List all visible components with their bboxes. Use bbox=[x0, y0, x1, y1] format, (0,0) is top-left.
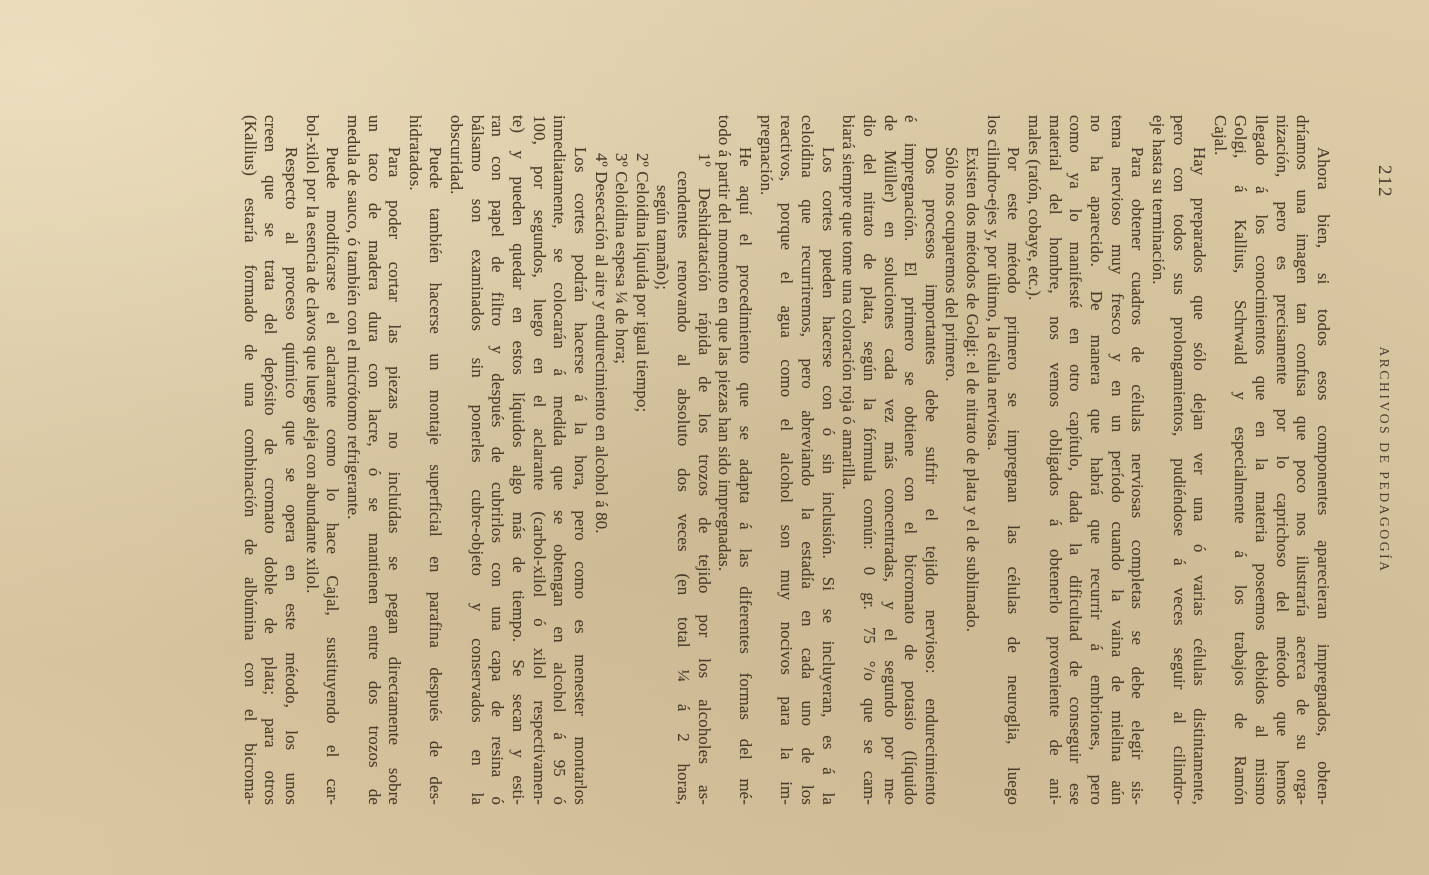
text-line: cendentes renovando al absoluto dos vece… bbox=[673, 115, 694, 805]
text-line: Ahora bien, si todos esos componentes ap… bbox=[1312, 115, 1333, 805]
text-line: Para poder cortar las piezas no incluída… bbox=[384, 115, 405, 805]
text-line: (Kallius) estaría formado de una combina… bbox=[239, 115, 260, 805]
text-line: 100, por segundos, luego en el aclarante… bbox=[528, 115, 549, 805]
page-header: 212 ARCHIVOS DE PEDAGOGÍA bbox=[1369, 115, 1395, 805]
text-line: Puede modificarse el aclarante como lo h… bbox=[322, 115, 343, 805]
text-line: Los cortes podrán hacerse á la hora, per… bbox=[569, 115, 590, 805]
scanned-document-page: 212 ARCHIVOS DE PEDAGOGÍA Ahora bien, si… bbox=[0, 0, 1429, 875]
text-line: tema nervioso muy fresco y en un período… bbox=[1106, 115, 1127, 805]
text-line: según tamaño); bbox=[652, 115, 673, 805]
text-line: medula de sauco, ó también con el micrót… bbox=[342, 115, 363, 805]
text-line: dio del nitrato de plata, según la fórmu… bbox=[858, 115, 879, 805]
text-line: de Müller) en soluciones cada vez más co… bbox=[879, 115, 900, 805]
text-line: pero con todos sus prolongamientos, pudi… bbox=[1168, 115, 1189, 805]
text-line: los cilindro-ejes y, por último, la célu… bbox=[982, 115, 1003, 805]
text-line: creen que se trata del depósito de croma… bbox=[260, 115, 281, 805]
text-line: Puede también hacerse un montaje superfi… bbox=[425, 115, 446, 805]
text-line: material del hombre, nos vemos obligados… bbox=[1044, 115, 1065, 805]
text-line: Para obtener cuadros de células nerviosa… bbox=[1127, 115, 1148, 805]
text-line: nización, pero es precisamente por lo ca… bbox=[1271, 115, 1292, 805]
text-line: Dos procesos importantes debe sufrir el … bbox=[920, 115, 941, 805]
text-line: eje hasta su terminación. bbox=[1147, 115, 1168, 805]
rotated-page: 212 ARCHIVOS DE PEDAGOGÍA Ahora bien, si… bbox=[0, 0, 1429, 875]
text-line: inmediatamente, se colocarán á medida qu… bbox=[549, 115, 570, 805]
text-line: é impregnación. El primero se obtiene co… bbox=[900, 115, 921, 805]
text-line: Golgi, á Kallius, Schrwald y especialmen… bbox=[1230, 115, 1251, 805]
text-line: bálsamo son examinados sin ponerles cubr… bbox=[466, 115, 487, 805]
text-line: 1º Deshidratación rápida de los trozos d… bbox=[693, 115, 714, 805]
text-line: Cajal. bbox=[1209, 115, 1230, 805]
text-line: biará siempre que tome una coloración ro… bbox=[838, 115, 859, 805]
text-line: no ha aparecido. De manera que habrá que… bbox=[1085, 115, 1106, 805]
text-line: celoidina que recurriremos, pero abrevia… bbox=[796, 115, 817, 805]
text-line: obscuridad. bbox=[445, 115, 466, 805]
text-line: Hay preparados que sólo dejan ver una ó … bbox=[1189, 115, 1210, 805]
text-line: Sólo nos ocuparemos del primero. bbox=[941, 115, 962, 805]
text-line: 3º Celoidina espesa ¼ de hora; bbox=[611, 115, 632, 805]
text-line: dríamos una imagen tan confusa que poco … bbox=[1292, 115, 1313, 805]
text-line: pregnación. bbox=[755, 115, 776, 805]
text-line: reactivos, porque el agua como el alcoho… bbox=[776, 115, 797, 805]
text-line: 4º Desecación al aire y endurecimiento e… bbox=[590, 115, 611, 805]
text-line: llegado á los conocimientos que en la ma… bbox=[1250, 115, 1271, 805]
text-line: bol-xilol por la esencia de clavos que l… bbox=[301, 115, 322, 805]
text-line: Respecto al proceso químico que se opera… bbox=[280, 115, 301, 805]
text-line: como ya lo manifesté en otro capítulo, d… bbox=[1065, 115, 1086, 805]
text-line: Los cortes pueden hacerse con ó sin incl… bbox=[817, 115, 838, 805]
running-title: ARCHIVOS DE PEDAGOGÍA bbox=[1376, 115, 1392, 805]
text-line: hidratados. bbox=[404, 115, 425, 805]
text-line: un taco de madera dura con lacre, ó se m… bbox=[363, 115, 384, 805]
text-line: todo á partir del momento en que las pie… bbox=[714, 115, 735, 805]
text-line: 2º Celoidina líquida por igual tiempo; bbox=[631, 115, 652, 805]
text-line: ran con papel de filtro y después de cub… bbox=[487, 115, 508, 805]
text-line: males (ratón, cobaye, etc.). bbox=[1023, 115, 1044, 805]
body-text: Ahora bien, si todos esos componentes ap… bbox=[239, 115, 1333, 805]
text-line: Por este método primero se impregnan las… bbox=[1003, 115, 1024, 805]
text-line: He aquí el procedimiento que se adapta á… bbox=[734, 115, 755, 805]
text-line: Existen dos métodos de Golgi: el de nitr… bbox=[961, 115, 982, 805]
text-line: te) y pueden quedar en estos líquidos al… bbox=[507, 115, 528, 805]
